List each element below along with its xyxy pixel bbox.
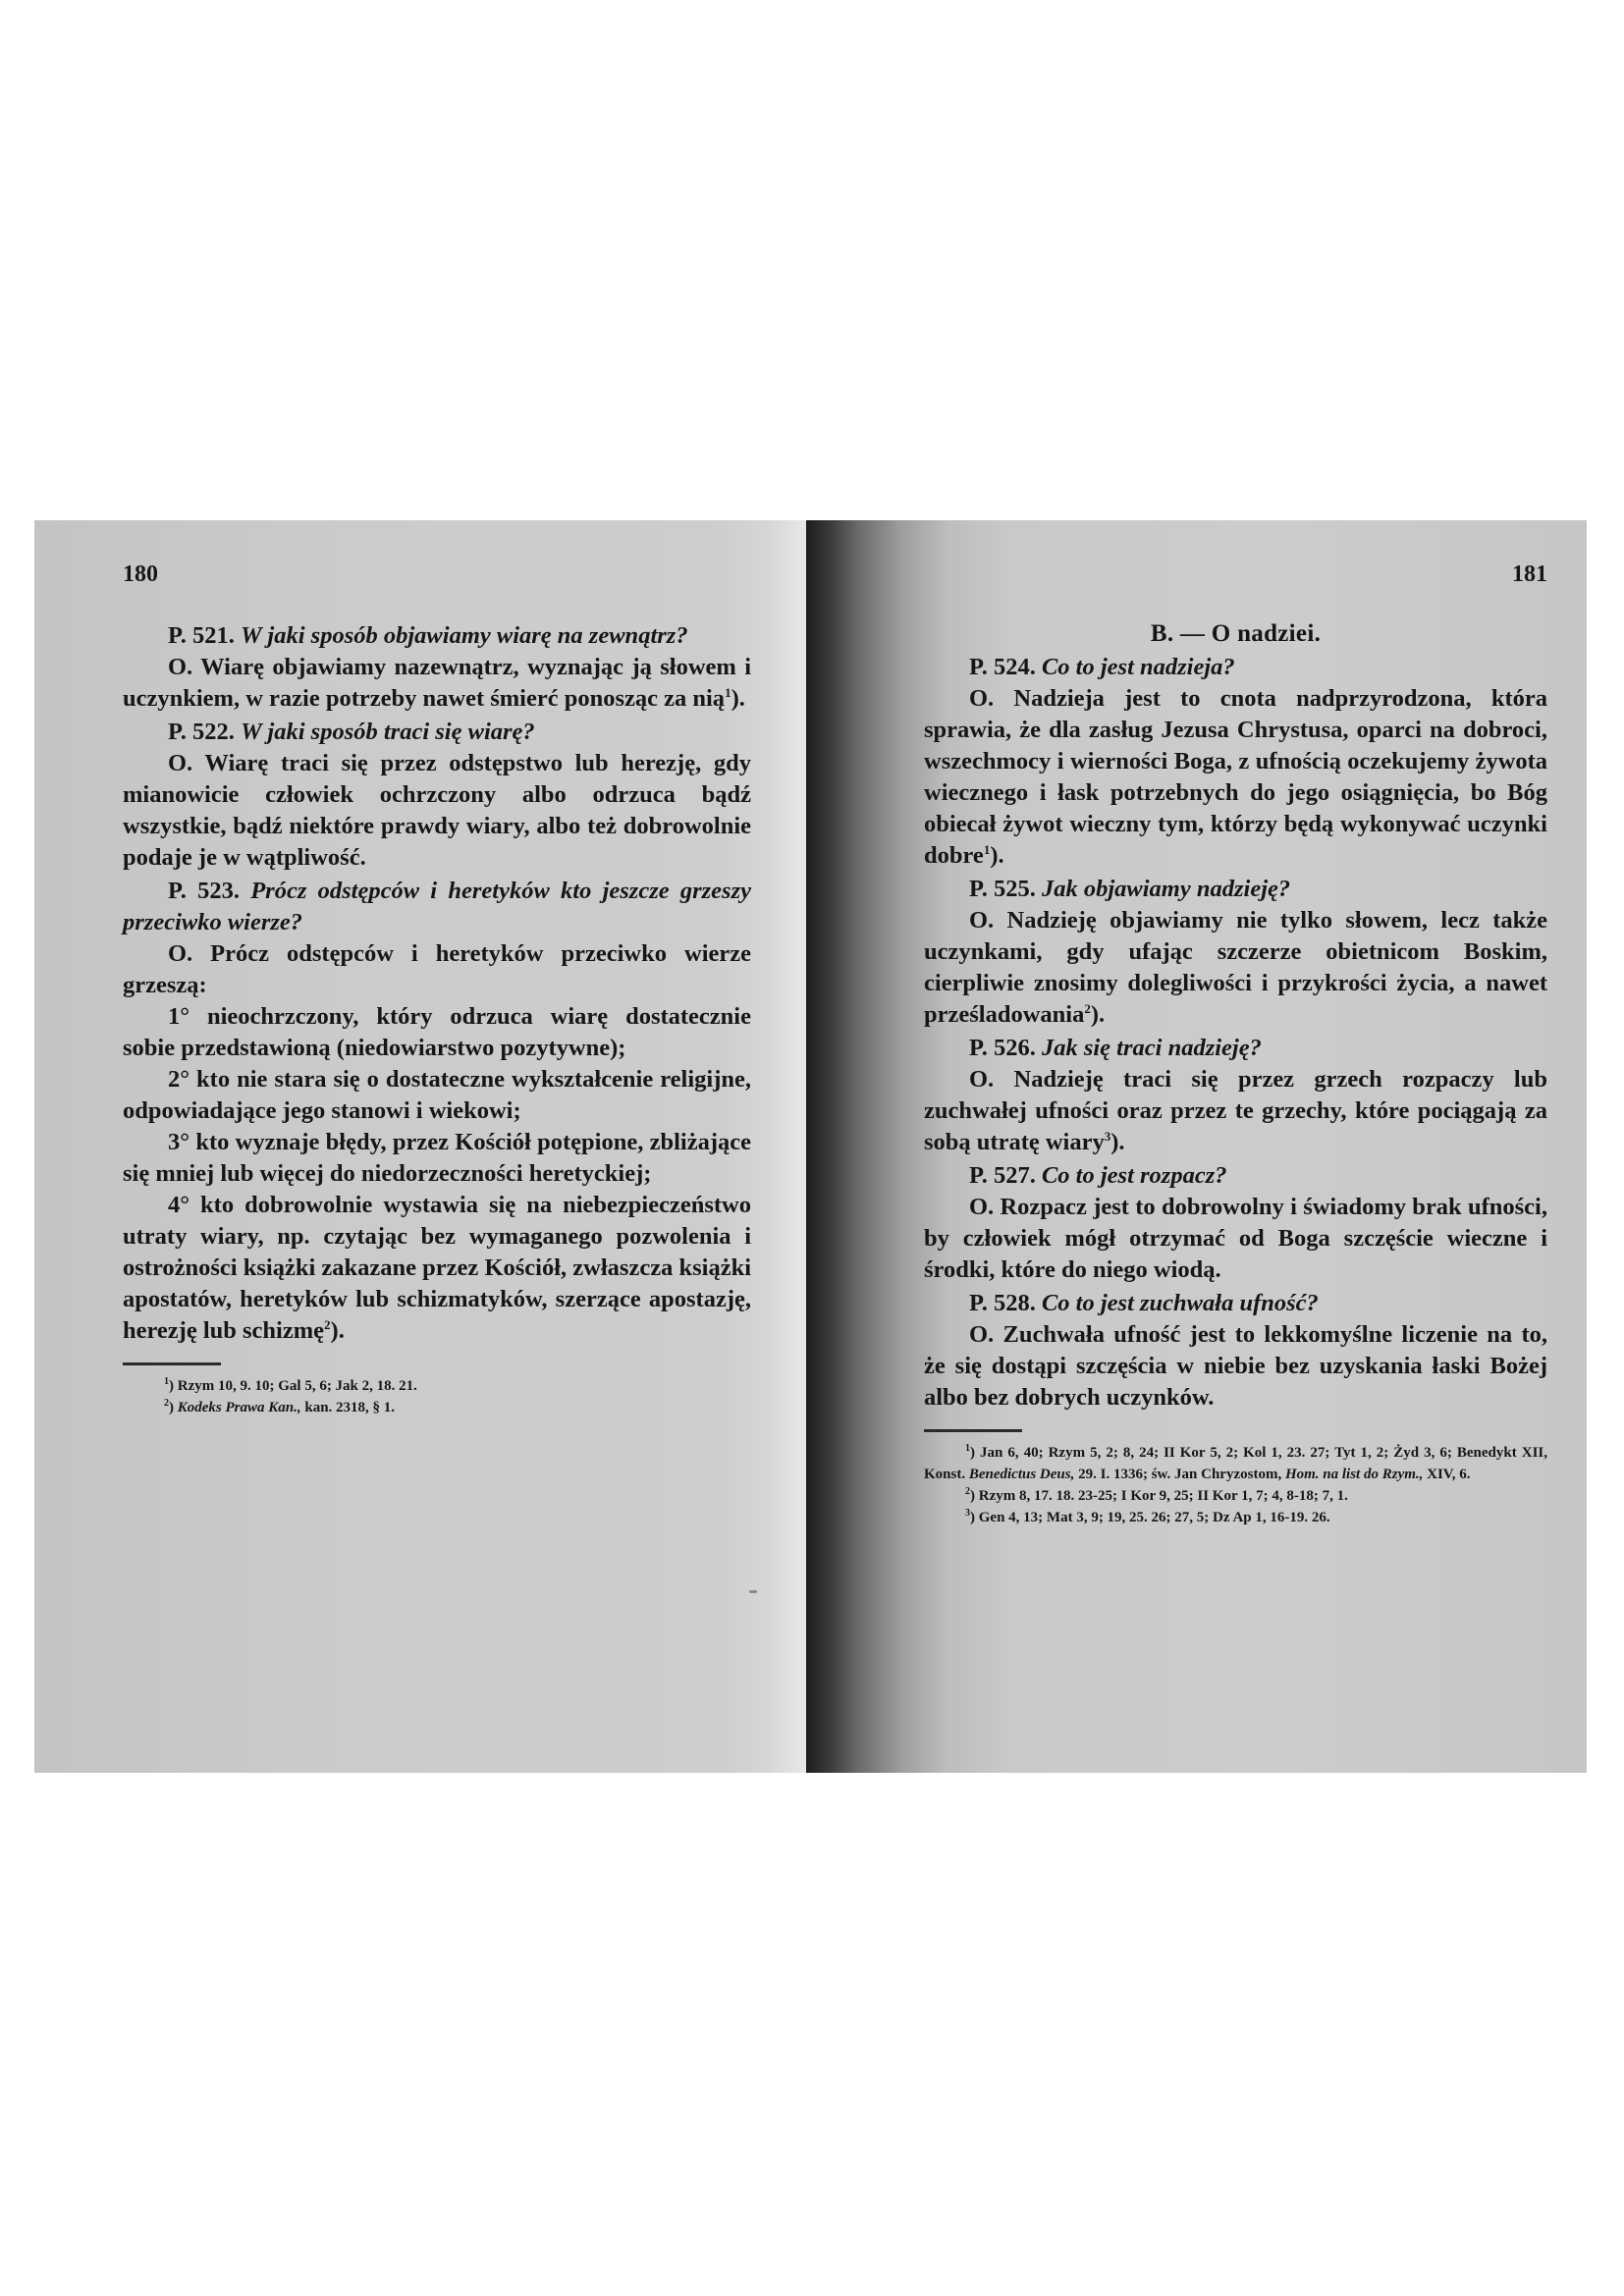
answer: 3° kto wyznaje błędy, przez Kościół potę… bbox=[123, 1127, 751, 1190]
footnote-italic: Kodeks Prawa Kan., bbox=[178, 1400, 301, 1415]
footnote-ref: 3 bbox=[1105, 1129, 1111, 1144]
left-page: 180 P. 521. W jaki sposób objawiamy wiar… bbox=[34, 520, 806, 1773]
question-number: P. 528. bbox=[969, 1290, 1042, 1316]
footnote-ref: 1 bbox=[725, 685, 731, 700]
answer: O. Wiarę objawiamy nazewnątrz, wyznając … bbox=[123, 652, 751, 715]
question: P. 527. Co to jest rozpacz? bbox=[924, 1160, 1547, 1192]
right-page-body: B. — O nadziei.P. 524. Co to jest nadzie… bbox=[924, 618, 1547, 1528]
footnote-mark: 3 bbox=[965, 1508, 970, 1519]
question: P. 522. W jaki sposób traci się wiarę? bbox=[123, 717, 751, 748]
section-heading: B. — O nadziei. bbox=[924, 618, 1547, 650]
question: P. 524. Co to jest nadzieja? bbox=[924, 652, 1547, 683]
footnote-mark: 2 bbox=[164, 1398, 169, 1409]
question-number: P. 527. bbox=[969, 1162, 1042, 1189]
question-number: P. 525. bbox=[969, 876, 1042, 902]
answer: O. Zuchwała ufność jest to lekkomyślne l… bbox=[924, 1319, 1547, 1414]
footnote-mark: 1 bbox=[965, 1443, 970, 1454]
footnote: 1) Jan 6, 40; Rzym 5, 2; 8, 24; II Kor 5… bbox=[924, 1442, 1547, 1485]
answer: O. Prócz odstępców i heretyków przeciwko… bbox=[123, 938, 751, 1001]
question-text: W jaki sposób objawiamy wiarę na zewnątr… bbox=[241, 622, 688, 649]
footnote-ref: 1 bbox=[984, 842, 991, 857]
footnote: 1) Rzym 10, 9. 10; Gal 5, 6; Jak 2, 18. … bbox=[123, 1375, 751, 1397]
answer: O. Nadzieję traci się przez grzech rozpa… bbox=[924, 1064, 1547, 1158]
right-page: 181 B. — O nadziei.P. 524. Co to jest na… bbox=[806, 520, 1587, 1773]
answer: 1° nieochrzczony, który odrzuca wiarę do… bbox=[123, 1001, 751, 1064]
answer: 4° kto dobrowolnie wystawia się na niebe… bbox=[123, 1190, 751, 1347]
answer: 2° kto nie stara się o dostateczne wyksz… bbox=[123, 1064, 751, 1127]
footnote: 2) Kodeks Prawa Kan., kan. 2318, § 1. bbox=[123, 1397, 751, 1418]
footnote-italic: Benedictus Deus, bbox=[969, 1467, 1075, 1482]
question-text: Co to jest rozpacz? bbox=[1042, 1162, 1227, 1189]
footnote-ref: 2 bbox=[1084, 1001, 1091, 1016]
question-text: Jak się traci nadzieję? bbox=[1042, 1035, 1262, 1061]
footnote-separator bbox=[123, 1362, 221, 1365]
footnote-mark: 2 bbox=[965, 1486, 970, 1497]
footnote-mark: 1 bbox=[164, 1376, 169, 1387]
question-text: W jaki sposób traci się wiarę? bbox=[241, 719, 535, 745]
question-number: P. 523. bbox=[168, 878, 250, 904]
book-scan: 180 P. 521. W jaki sposób objawiamy wiar… bbox=[34, 520, 1587, 1773]
answer: O. Wiarę traci się przez odstępstwo lub … bbox=[123, 748, 751, 874]
footnote-ref: 2 bbox=[324, 1317, 331, 1332]
question: P. 525. Jak objawiamy nadzieję? bbox=[924, 874, 1547, 905]
question-number: P. 524. bbox=[969, 654, 1042, 680]
footnote-italic: Hom. na list do Rzym., bbox=[1285, 1467, 1423, 1482]
question-number: P. 526. bbox=[969, 1035, 1042, 1061]
answer: O. Nadzieję objawiamy nie tylko słowem, … bbox=[924, 905, 1547, 1031]
question: P. 528. Co to jest zuchwała ufność? bbox=[924, 1288, 1547, 1319]
footnote: 2) Rzym 8, 17. 18. 23-25; I Kor 9, 25; I… bbox=[924, 1485, 1547, 1507]
question-text: Co to jest nadzieja? bbox=[1042, 654, 1235, 680]
page-number-left: 180 bbox=[123, 561, 158, 588]
question-text: Jak objawiamy nadzieję? bbox=[1042, 876, 1290, 902]
answer: O. Nadzieja jest to cnota nadprzyrodzona… bbox=[924, 683, 1547, 872]
scan-speck bbox=[749, 1590, 757, 1593]
question: P. 521. W jaki sposób objawiamy wiarę na… bbox=[123, 620, 751, 652]
footnote: 3) Gen 4, 13; Mat 3, 9; 19, 25. 26; 27, … bbox=[924, 1507, 1547, 1528]
question-number: P. 521. bbox=[168, 622, 241, 649]
question: P. 523. Prócz odstępców i heretyków kto … bbox=[123, 876, 751, 938]
footnote-separator bbox=[924, 1429, 1022, 1432]
question: P. 526. Jak się traci nadzieję? bbox=[924, 1033, 1547, 1064]
question-number: P. 522. bbox=[168, 719, 241, 745]
question-text: Co to jest zuchwała ufność? bbox=[1042, 1290, 1319, 1316]
page-number-right: 181 bbox=[1512, 561, 1547, 588]
left-page-body: P. 521. W jaki sposób objawiamy wiarę na… bbox=[123, 618, 751, 1418]
answer: O. Rozpacz jest to dobrowolny i świadomy… bbox=[924, 1192, 1547, 1286]
